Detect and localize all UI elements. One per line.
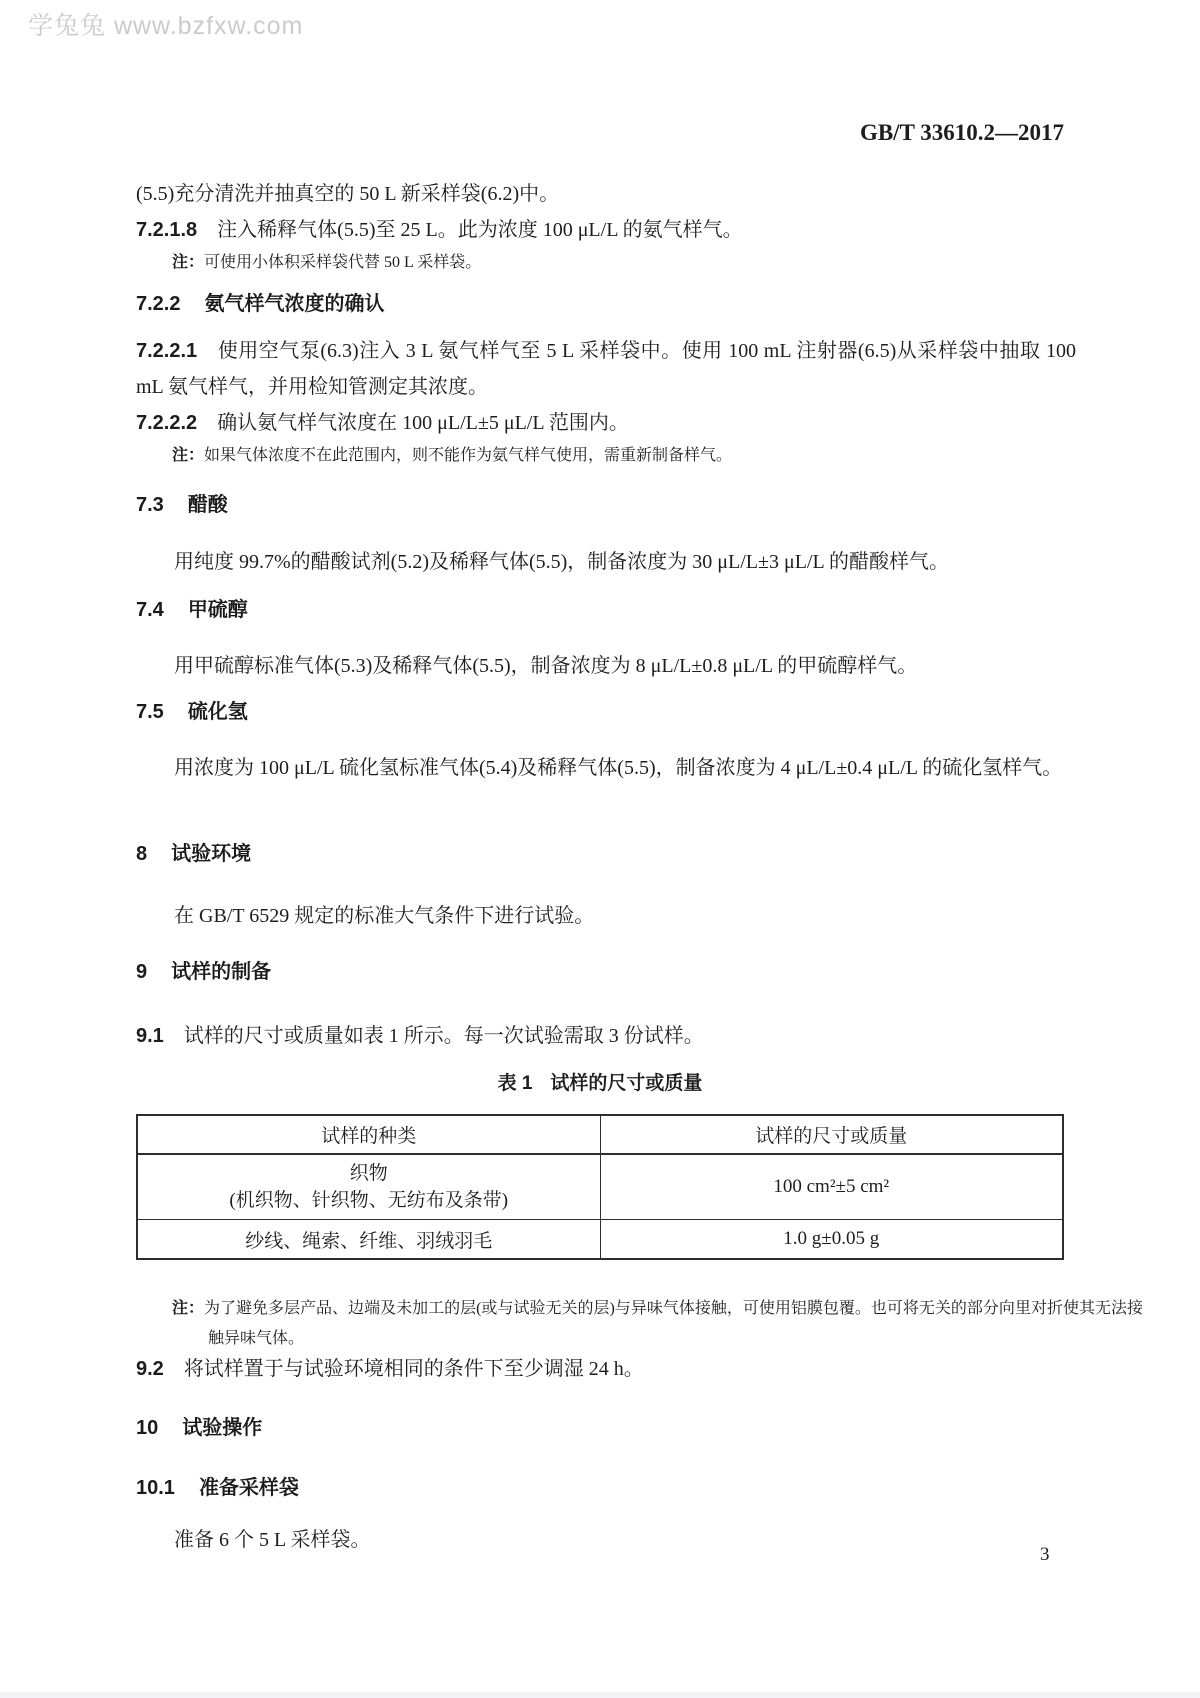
table-row: 纱线、绳索、纤维、羽绒羽毛 1.0 g±0.05 g [137,1220,1063,1260]
table1-caption-title: 试样的尺寸或质量 [550,1073,702,1094]
heading-8-title: 试验环境 [171,843,251,865]
paragraph-75: 用浓度为 100 μL/L 硫化氢标准气体(5.4)及稀释气体(5.5)，制备浓… [136,750,1076,786]
note-under-7222: 注：如果气体浓度不在此范围内，则不能作为氨气样气使用，需重新制备样气。 [172,441,1143,471]
heading-75-number: 7.5 [136,701,164,723]
clause-91-text: 试样的尺寸或质量如表 1 所示。每一次试验需取 3 份试样。 [184,1025,704,1047]
table1-header-kind: 试样的种类 [137,1115,600,1154]
clause-7221-number: 7.2.2.1 [136,340,197,362]
clause-7221-text: 使用空气泵(6.3)注入 3 L 氨气样气至 5 L 采样袋中。使用 100 m… [136,340,1076,398]
paragraph-101: 准备 6 个 5 L 采样袋。 [136,1522,1076,1558]
paragraph-8: 在 GB/T 6529 规定的标准大气条件下进行试验。 [136,898,1076,934]
heading-8-number: 8 [136,843,147,865]
heading-74: 7.4甲硫醇 [136,596,248,624]
watermark: 学兔兔 www.bzfxw.com [28,6,303,42]
heading-9-number: 9 [136,961,147,983]
table1-row1-kind-line1: 织物 [144,1160,594,1187]
note-under-table1: 注：为了避免多层产品、边端及未加工的层(或与试验无关的层)与异味气体接触，可使用… [172,1294,1143,1354]
table1-row1-kind: 织物 (机织物、针织物、无纺布及条带) [137,1154,600,1220]
note3-text: 为了避免多层产品、边端及未加工的层(或与试验无关的层)与异味气体接触，可使用铝膜… [204,1300,1143,1347]
heading-73-title: 醋酸 [188,494,228,516]
paragraph-74: 用甲硫醇标准气体(5.3)及稀释气体(5.5)，制备浓度为 8 μL/L±0.8… [136,648,1076,684]
note2-label: 注： [172,447,204,464]
table1-caption-label: 表 1 [498,1073,533,1094]
clause-7221: 7.2.2.1使用空气泵(6.3)注入 3 L 氨气样气至 5 L 采样袋中。使… [136,333,1076,405]
heading-9-title: 试样的制备 [171,961,271,983]
clause-91-number: 9.1 [136,1025,164,1047]
note2-text: 如果气体浓度不在此范围内，则不能作为氨气样气使用，需重新制备样气。 [204,447,732,464]
table1-row1-value: 100 cm²±5 cm² [600,1154,1063,1220]
table1-header-row: 试样的种类 试样的尺寸或质量 [137,1115,1063,1154]
table1-row1-kind-line2: (机织物、针织物、无纺布及条带) [144,1187,594,1214]
paragraph-7217-continuation: (5.5)充分清洗并抽真空的 50 L 新采样袋(6.2)中。 [136,176,1076,212]
paragraph-73: 用纯度 99.7%的醋酸试剂(5.2)及稀释气体(5.5)，制备浓度为 30 μ… [136,544,1076,580]
clause-7218-text: 注入稀释气体(5.5)至 25 L。此为浓度 100 μL/L 的氨气样气。 [217,219,743,241]
heading-74-title: 甲硫醇 [188,599,248,621]
heading-101-title: 准备采样袋 [199,1477,299,1499]
clause-7222-number: 7.2.2.2 [136,412,197,434]
heading-10-number: 10 [136,1417,158,1439]
note3-label: 注： [172,1300,204,1317]
clause-7218-number: 7.2.1.8 [136,219,197,241]
table1-row2-kind: 纱线、绳索、纤维、羽绒羽毛 [137,1220,600,1260]
clause-92-number: 9.2 [136,1358,164,1380]
heading-74-number: 7.4 [136,599,164,621]
doc-code-header: GB/T 33610.2—2017 [136,120,1064,146]
heading-73-number: 7.3 [136,494,164,516]
heading-101-number: 10.1 [136,1477,175,1499]
heading-73: 7.3醋酸 [136,491,228,519]
heading-9: 9试样的制备 [136,958,271,986]
document-page: 学兔兔 www.bzfxw.com GB/T 33610.2—2017 (5.5… [0,0,1200,1698]
note-under-7218: 注：可使用小体积采样袋代替 50 L 采样袋。 [172,248,1143,278]
clause-92: 9.2将试样置于与试验环境相同的条件下至少调湿 24 h。 [136,1351,1076,1387]
scan-edge-artifact [0,1692,1200,1698]
heading-10: 10试验操作 [136,1414,262,1442]
table1: 试样的种类 试样的尺寸或质量 织物 (机织物、针织物、无纺布及条带) 100 c… [136,1114,1064,1260]
clause-7222-text: 确认氨气样气浓度在 100 μL/L±5 μL/L 范围内。 [217,412,629,434]
note1-label: 注： [172,254,204,271]
table1-header-size: 试样的尺寸或质量 [600,1115,1063,1154]
heading-10-title: 试验操作 [182,1417,262,1439]
table-row: 织物 (机织物、针织物、无纺布及条带) 100 cm²±5 cm² [137,1154,1063,1220]
heading-722-title: 氨气样气浓度的确认 [204,293,384,315]
heading-75-title: 硫化氢 [188,701,248,723]
table1-caption: 表 1试样的尺寸或质量 [136,1068,1064,1095]
heading-722-number: 7.2.2 [136,293,180,315]
heading-722: 7.2.2氨气样气浓度的确认 [136,290,384,318]
clause-91: 9.1试样的尺寸或质量如表 1 所示。每一次试验需取 3 份试样。 [136,1018,1076,1054]
heading-101: 10.1准备采样袋 [136,1474,299,1502]
clause-7218: 7.2.1.8注入稀释气体(5.5)至 25 L。此为浓度 100 μL/L 的… [136,212,1076,248]
heading-8: 8试验环境 [136,840,251,868]
clause-92-text: 将试样置于与试验环境相同的条件下至少调湿 24 h。 [184,1358,644,1380]
heading-75: 7.5硫化氢 [136,698,248,726]
page-number: 3 [1040,1544,1050,1566]
clause-7222: 7.2.2.2确认氨气样气浓度在 100 μL/L±5 μL/L 范围内。 [136,405,1076,441]
note1-text: 可使用小体积采样袋代替 50 L 采样袋。 [204,254,481,271]
table1-row2-value: 1.0 g±0.05 g [600,1220,1063,1260]
